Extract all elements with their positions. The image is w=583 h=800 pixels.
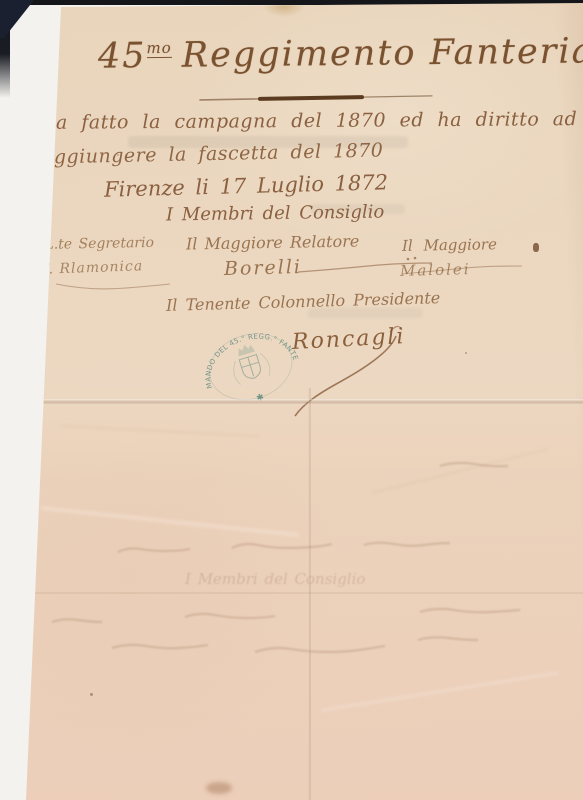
paper-sheet: 45moReggimento Fanteria -Ha fatto la cam… bbox=[0, 0, 583, 800]
paper-speck bbox=[533, 243, 539, 252]
paper-stain-bottom bbox=[206, 782, 232, 794]
paper-speck bbox=[117, 154, 119, 156]
show-through-council-text: I Membri del Consiglio bbox=[185, 570, 365, 588]
paper-speck bbox=[90, 693, 93, 696]
fold-vertical bbox=[308, 388, 311, 800]
fold-horizontal bbox=[0, 399, 583, 405]
paper-speck bbox=[465, 352, 467, 354]
crease-faint bbox=[0, 592, 583, 594]
scanner-corner-shadow bbox=[0, 0, 34, 38]
